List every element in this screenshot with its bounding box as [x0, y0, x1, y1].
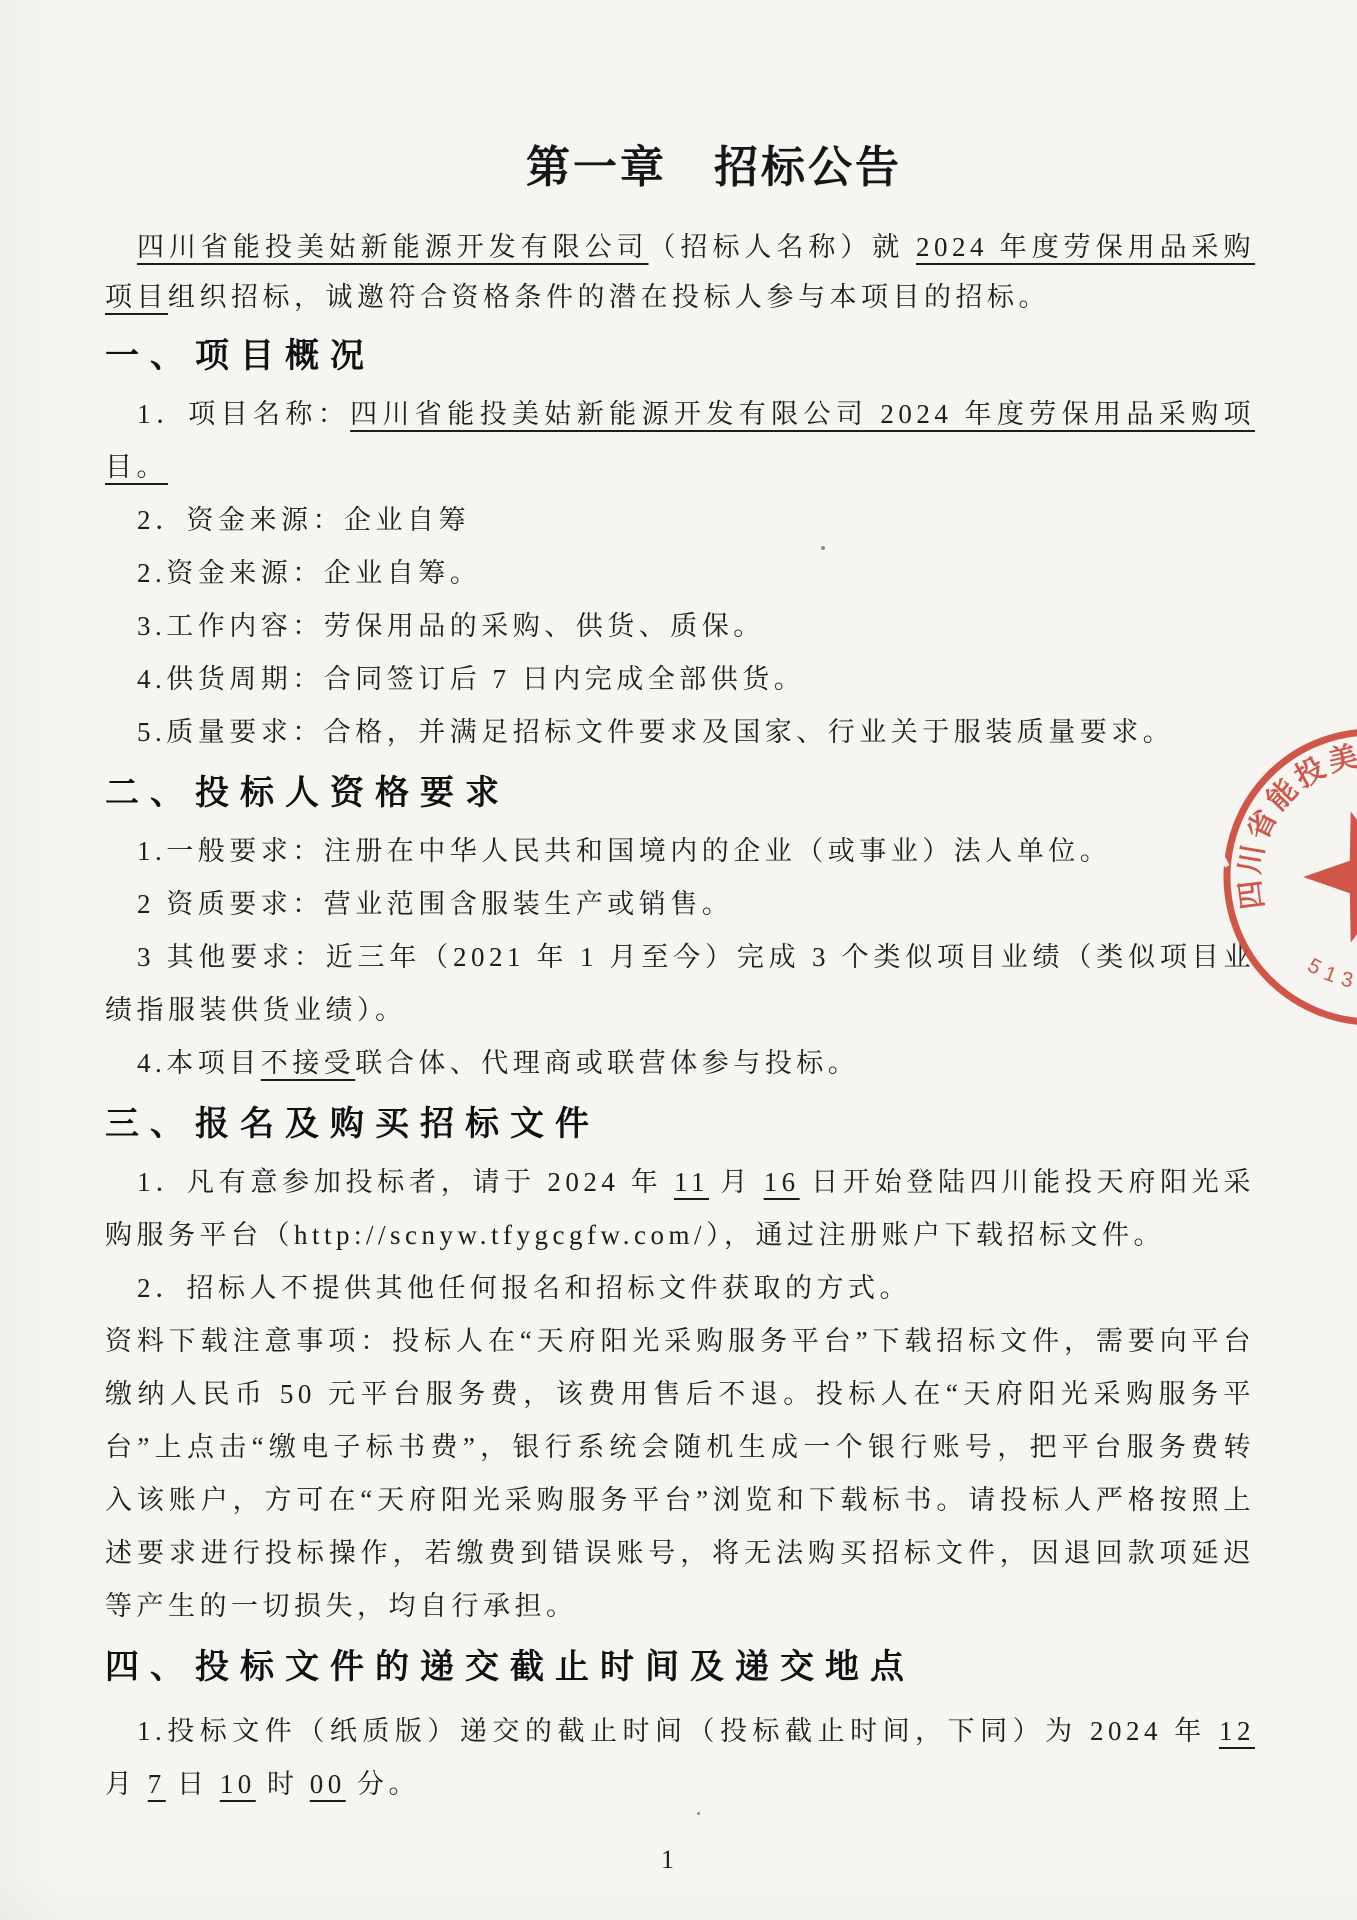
sec1-item-5: 4.供货周期：合同签订后 7 日内完成全部供货。 [105, 653, 1255, 706]
scan-speck [821, 546, 825, 550]
sec1-item-2: 2．资金来源：企业自筹 [105, 494, 1255, 547]
star-icon [1303, 811, 1357, 942]
sec2-item-3: 3 其他要求：近三年（2021 年 1 月至今）完成 3 个类似项目业绩（类似项… [105, 931, 1255, 1037]
sec3-download-notes: 资料下载注意事项：投标人在“天府阳光采购服务平台”下载招标文件，需要向平台缴纳人… [105, 1315, 1255, 1633]
page-title: 第一章 招标公告 [139, 140, 1289, 196]
section-heading-3: 三、报名及购买招标文件 [105, 1096, 1255, 1152]
deadline-hour-underlined: 10 [220, 1769, 256, 1799]
sec4-item-1: 1.投标文件（纸质版）递交的截止时间（投标截止时间，下同）为 2024 年 12… [105, 1705, 1255, 1811]
sec1-item-1: 1．项目名称：四川省能投美姑新能源开发有限公司 2024 年度劳保用品采购项目。 [105, 388, 1255, 494]
deadline-minute-underlined: 00 [310, 1769, 346, 1799]
text-segment: （招标人名称）就 [649, 232, 916, 262]
text-segment: 4.本项目 [137, 1048, 261, 1078]
text-segment: 1．凡有意参加投标者，请于 2024 年 [137, 1167, 674, 1197]
company-seal-stamp: 四川省能投美姑新能源开发有限公司 5134 [1202, 707, 1357, 1047]
text-segment: 分。 [346, 1769, 420, 1799]
text-segment: 月 [105, 1769, 148, 1799]
sec1-item-6: 5.质量要求：合格，并满足招标文件要求及国家、行业关于服装质量要求。 [105, 706, 1255, 759]
deadline-month-underlined: 12 [1219, 1716, 1255, 1746]
sec2-item-2: 2 资质要求：营业范围含服装生产或销售。 [105, 878, 1255, 931]
text-segment: 月 [709, 1167, 764, 1197]
seal-code-text: 5134 [1304, 954, 1357, 995]
tenderer-name-underlined: 四川省能投美姑新能源开发有限公司 [137, 232, 649, 262]
month-underlined: 11 [674, 1167, 709, 1197]
section-heading-4: 四、投标文件的递交截止时间及递交地点 [105, 1639, 1255, 1695]
text-segment: 联合体、代理商或联营体参与投标。 [355, 1048, 859, 1078]
section-heading-2: 二、投标人资格要求 [105, 765, 1255, 821]
text-segment: 1.投标文件（纸质版）递交的截止时间（投标截止时间，下同）为 2024 年 [137, 1716, 1219, 1746]
sec1-item-3: 2.资金来源：企业自筹。 [105, 547, 1255, 600]
sec1-item-4: 3.工作内容：劳保用品的采购、供货、质保。 [105, 600, 1255, 653]
not-accepted-underlined: 不接受 [261, 1048, 356, 1078]
page-number: 1 [0, 1845, 1346, 1875]
day-underlined: 16 [764, 1167, 800, 1197]
text-segment: 日 [166, 1769, 220, 1799]
sec2-item-1: 1.一般要求：注册在中华人民共和国境内的企业（或事业）法人单位。 [105, 825, 1255, 878]
scan-speck [697, 1812, 700, 1815]
sec3-item-2: 2．招标人不提供其他任何报名和招标文件获取的方式。 [105, 1262, 1255, 1315]
sec3-item-1: 1．凡有意参加投标者，请于 2024 年 11 月 16 日开始登陆四川能投天府… [105, 1156, 1255, 1262]
section-heading-1: 一、项目概况 [105, 328, 1255, 384]
text-segment: 组织招标，诚邀符合资格条件的潜在投标人参与本项目的招标。 [168, 282, 1050, 312]
text-segment: 时 [256, 1769, 310, 1799]
sec2-item-4: 4.本项目不接受联合体、代理商或联营体参与投标。 [105, 1037, 1255, 1090]
intro-paragraph: 四川省能投美姑新能源开发有限公司（招标人名称）就 2024 年度劳保用品采购项目… [105, 222, 1255, 322]
deadline-day-underlined: 7 [148, 1769, 166, 1799]
document-content: 第一章 招标公告 四川省能投美姑新能源开发有限公司（招标人名称）就 2024 年… [105, 0, 1255, 1811]
item-label: 1．项目名称： [137, 399, 350, 429]
document-page: 第一章 招标公告 四川省能投美姑新能源开发有限公司（招标人名称）就 2024 年… [0, 0, 1357, 1920]
